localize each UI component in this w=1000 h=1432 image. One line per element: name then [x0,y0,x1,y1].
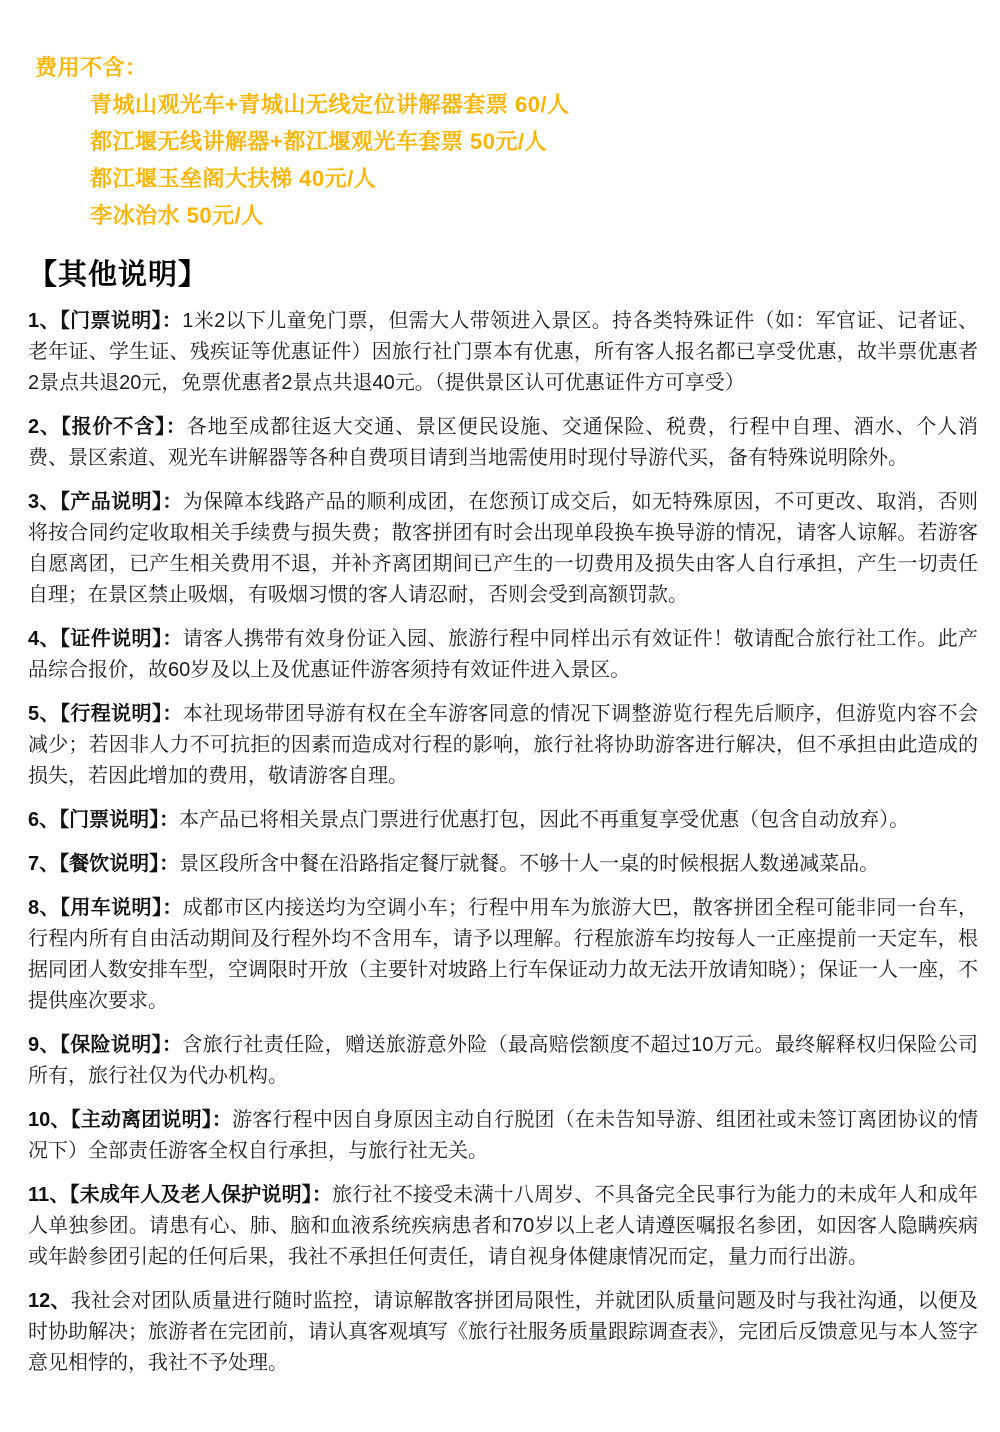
note-text: 景区段所含中餐在沿路指定餐厅就餐。不够十人一桌的时候根据人数递减菜品。 [179,853,879,875]
note-paragraph-5: 5、【行程说明】：本社现场带团导游有权在全车游客同意的情况下调整游览行程先后顺序… [28,699,978,792]
fees-excluded-section: 费用不含： 青城山观光车+青城山无线定位讲解器套票 60/人 都江堰无线讲解器+… [35,50,980,234]
note-number: 8、 [28,897,60,919]
note-number: 10、 [28,1109,71,1131]
note-label: 【门票说明】： [60,310,182,332]
fees-excluded-item: 青城山观光车+青城山无线定位讲解器套票 60/人 [90,86,980,123]
note-label: 【未成年人及老人保护说明】： [70,1184,333,1206]
note-number: 3、 [28,491,60,513]
note-paragraph-6: 6、【门票说明】：本产品已将相关景点门票进行优惠打包，因此不再重复享受优惠（包含… [28,805,978,836]
note-text: 我社会对团队质量进行随时监控，请谅解散客拼团局限性，并就团队质量问题及时与我社沟… [28,1290,978,1374]
note-number: 2、 [28,416,61,438]
note-paragraph-8: 8、【用车说明】：成都市区内接送均为空调小车；行程中用车为旅游大巴，散客拼团全程… [28,893,978,1017]
fees-excluded-item: 李冰治水 50元/人 [90,197,980,234]
note-paragraph-12: 12、我社会对团队质量进行随时监控，请谅解散客拼团局限性，并就团队质量问题及时与… [28,1286,978,1379]
note-number: 11、 [28,1184,70,1206]
note-label: 【门票说明】： [59,809,179,831]
fees-excluded-heading: 费用不含： [35,50,980,86]
note-number: 7、 [28,853,59,875]
note-number: 6、 [28,809,59,831]
note-text: 本产品已将相关景点门票进行优惠打包，因此不再重复享受优惠（包含自动放弃）。 [179,809,909,831]
note-number: 12、 [28,1290,71,1312]
note-paragraph-3: 3、【产品说明】：为保障本线路产品的顺利成团，在您预订成交后，如无特殊原因，不可… [28,487,978,611]
document-page: 费用不含： 青城山观光车+青城山无线定位讲解器套票 60/人 都江堰无线讲解器+… [0,0,1000,1432]
fees-excluded-item: 都江堰无线讲解器+都江堰观光车套票 50元/人 [90,123,980,160]
note-paragraph-9: 9、【保险说明】：含旅行社责任险，赠送旅游意外险（最高赔偿额度不超过10万元。最… [28,1030,978,1092]
note-paragraph-7: 7、【餐饮说明】：景区段所含中餐在沿路指定餐厅就餐。不够十人一桌的时候根据人数递… [28,849,978,880]
note-label: 【保险说明】： [60,1034,182,1056]
note-paragraph-4: 4、【证件说明】：请客人携带有效身份证入园、旅游行程中同样出示有效证件！敬请配合… [28,624,978,686]
note-paragraph-10: 10、【主动离团说明】：游客行程中因自身原因主动自行脱团（在未告知导游、组团社或… [28,1105,978,1167]
note-paragraph-2: 2、【报价不含】：各地至成都往返大交通、景区便民设施、交通保险、税费，行程中自理… [28,412,978,474]
note-label: 【行程说明】： [60,703,183,725]
note-number: 4、 [28,628,60,650]
fees-excluded-item: 都江堰玉垒阁大扶梯 40元/人 [90,160,980,197]
note-paragraph-1: 1、【门票说明】：1米2以下儿童免门票，但需大人带领进入景区。持各类特殊证件（如… [28,306,978,399]
other-notes-title: 【其他说明】 [28,252,980,293]
note-label: 【餐饮说明】： [59,853,179,875]
note-label: 【用车说明】： [60,897,183,919]
note-number: 1、 [28,310,60,332]
note-label: 【报价不含】： [61,416,187,438]
note-number: 5、 [28,703,60,725]
note-label: 【主动离团说明】： [71,1109,232,1131]
note-number: 9、 [28,1034,60,1056]
note-paragraph-11: 11、【未成年人及老人保护说明】：旅行社不接受未满十八周岁、不具备完全民事行为能… [28,1180,978,1273]
note-label: 【证件说明】： [60,628,183,650]
note-label: 【产品说明】： [60,491,183,513]
